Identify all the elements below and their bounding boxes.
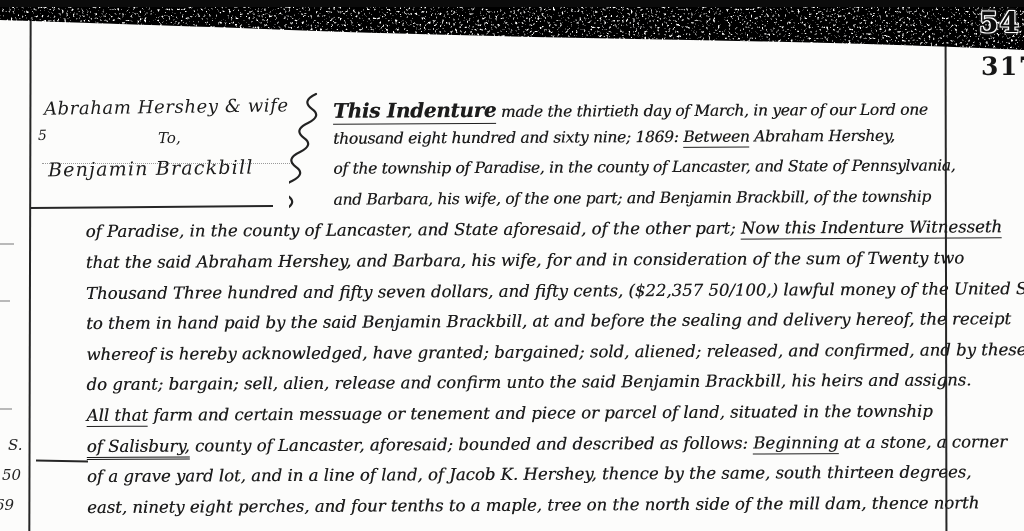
deed-line: of Salisbury, county of Lancaster, afore… — [87, 432, 1007, 456]
deed-text-segment: of the township of Paradise, in the coun… — [333, 157, 955, 178]
deed-text-segment: made the thirtieth day of March, in year… — [496, 101, 928, 121]
deed-text-segment: whereof is hereby acknowledged, have gra… — [86, 339, 1024, 363]
deed-text-segment: county of Lancaster, aforesaid; bounded … — [190, 433, 754, 455]
deed-line: This Indenture made the thirtieth day of… — [333, 96, 928, 123]
deed-line: and Barbara, his wife, of the one part; … — [333, 187, 931, 208]
deed-text-segment: of Paradise, in the county of Lancaster,… — [86, 219, 741, 241]
deed-text-segment: This Indenture — [333, 98, 496, 125]
deed-text-segment: of a grave yard lot, and in a line of la… — [87, 463, 972, 487]
deed-line: that the said Abraham Hershey, and Barba… — [86, 248, 964, 272]
deed-body: This Indenture made the thirtieth day of… — [0, 0, 1024, 531]
deed-text-segment: at a stone, a corner — [839, 432, 1007, 452]
deed-book-page: 54 317 Abraham Hershey & wife 5 To, Benj… — [0, 0, 1024, 531]
deed-text-segment: Beginning — [753, 433, 839, 454]
deed-text-segment: east, ninety eight perches, and four ten… — [87, 493, 979, 517]
deed-line: Thousand Three hundred and fifty seven d… — [86, 278, 1024, 302]
deed-text-segment: do grant; bargain; sell, alien, release … — [86, 371, 971, 395]
deed-text-segment: that the said Abraham Hershey, and Barba… — [86, 248, 964, 272]
deed-text-segment: thousand eight hundred and sixty nine; 1… — [333, 127, 683, 147]
deed-line: of Paradise, in the county of Lancaster,… — [86, 218, 1002, 242]
deed-text-segment: Now this Indenture Witnesseth — [741, 218, 1002, 240]
deed-text-segment: Between — [683, 127, 749, 147]
deed-line: to them in hand paid by the said Benjami… — [86, 309, 1011, 333]
deed-text-segment: Thousand Three hundred and fifty seven d… — [86, 278, 1024, 302]
deed-line: east, ninety eight perches, and four ten… — [87, 493, 979, 517]
deed-text-segment: to them in hand paid by the said Benjami… — [86, 309, 1011, 333]
deed-line: of a grave yard lot, and in a line of la… — [87, 463, 972, 487]
deed-text-segment: and Barbara, his wife, of the one part; … — [333, 187, 931, 208]
deed-text-segment: of Salisbury, — [87, 436, 190, 460]
deed-line: of the township of Paradise, in the coun… — [333, 157, 955, 178]
deed-line: thousand eight hundred and sixty nine; 1… — [333, 126, 895, 147]
deed-line: All that farm and certain messuage or te… — [87, 402, 933, 425]
deed-text-segment: Abraham Hershey, — [749, 126, 894, 145]
deed-line: do grant; bargain; sell, alien, release … — [86, 371, 971, 395]
deed-text-segment: farm and certain messuage or tenement an… — [148, 402, 933, 425]
deed-text-segment: All that — [87, 406, 149, 427]
deed-line: whereof is hereby acknowledged, have gra… — [86, 339, 1024, 363]
